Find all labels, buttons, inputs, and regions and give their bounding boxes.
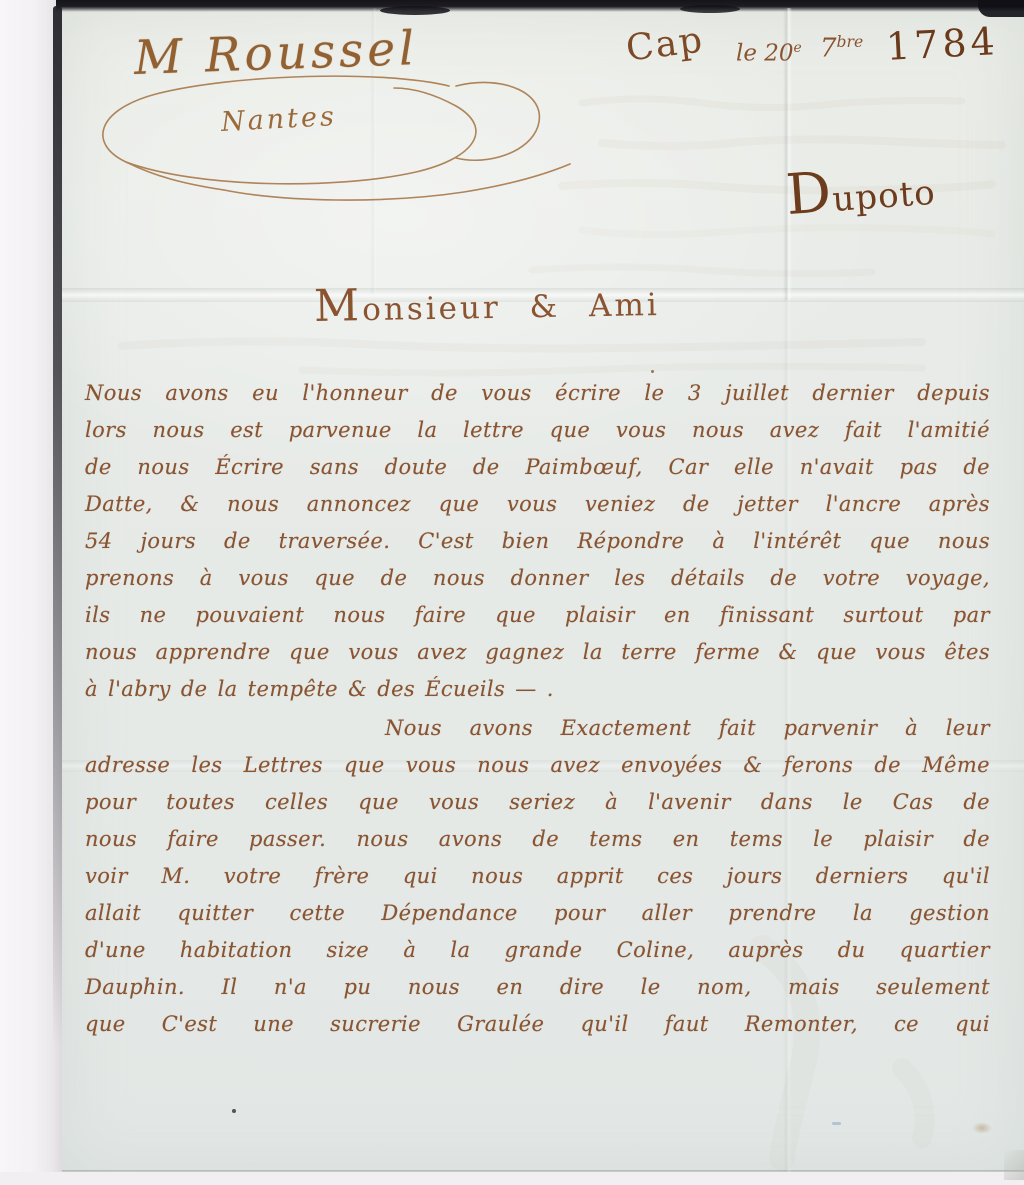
sender-signature: Dupoto	[784, 153, 937, 228]
letter-line: ils ne pouvaient nous faire que plaisir …	[85, 600, 990, 630]
letter-line: lors nous est parvenue la lettre que vou…	[85, 415, 990, 445]
letter-line: 54 jours de traversée. C'est bien Répond…	[85, 526, 990, 556]
letter-line: nous apprendre que vous avez gagnez la t…	[85, 637, 990, 667]
letter-line: adresse les Lettres que vous nous avez e…	[85, 750, 990, 780]
paper-left-edge-shadow	[53, 6, 62, 1046]
letter-scan: M Roussel Nantes Cap le 20e 7bre 1784 Du…	[0, 0, 1024, 1185]
letter-line: prenons à vous que de nous donner les dé…	[85, 563, 990, 593]
letter-line: d'une habitation size à la grande Coline…	[85, 935, 990, 965]
speck	[232, 1109, 236, 1113]
month-suffix: bre	[837, 33, 864, 51]
flourish-paraph	[84, 72, 574, 212]
scanner-margin	[0, 1172, 1024, 1185]
date-year: 1784	[885, 19, 1000, 69]
letter-line: Nous avons eu l'honneur de vous écrire l…	[85, 378, 990, 408]
ink-dot	[651, 370, 654, 373]
letter-line: pour toutes celles que vous seriez à l'a…	[85, 787, 990, 817]
letter-line: que C'est une sucrerie Graulée qu'il fau…	[85, 1009, 990, 1039]
letter-line: allait quitter cette Dépendance pour all…	[85, 898, 990, 928]
date-day: le 20e	[736, 40, 802, 67]
date-month: 7bre	[820, 33, 863, 64]
letter-line: à l'abry de la tempête & des Écueils — .	[85, 674, 990, 704]
letter-line: nous faire passer. nous avons de tems en…	[85, 824, 990, 854]
month-numeral: 7	[820, 34, 837, 64]
salutation: Monsieur & Ami	[314, 275, 660, 332]
date-day-suffix: e	[794, 40, 802, 56]
addressee-city: Nantes	[220, 101, 337, 138]
speck	[832, 1122, 841, 1125]
ink-stain	[972, 1122, 992, 1134]
letter-line: de nous Écrire sans doute de Paimbœuf, C…	[85, 452, 990, 482]
letter-line: Nous avons Exactement fait parvenir à le…	[385, 713, 990, 743]
letter-line: Dauphin. Il n'a pu nous en dire le nom, …	[85, 972, 990, 1002]
letter-line: Datte, & nous annoncez que vous veniez d…	[85, 489, 990, 519]
letter-line: voir M. votre frère qui nous apprit ces …	[85, 861, 990, 891]
date-day-number: le 20	[736, 41, 794, 67]
